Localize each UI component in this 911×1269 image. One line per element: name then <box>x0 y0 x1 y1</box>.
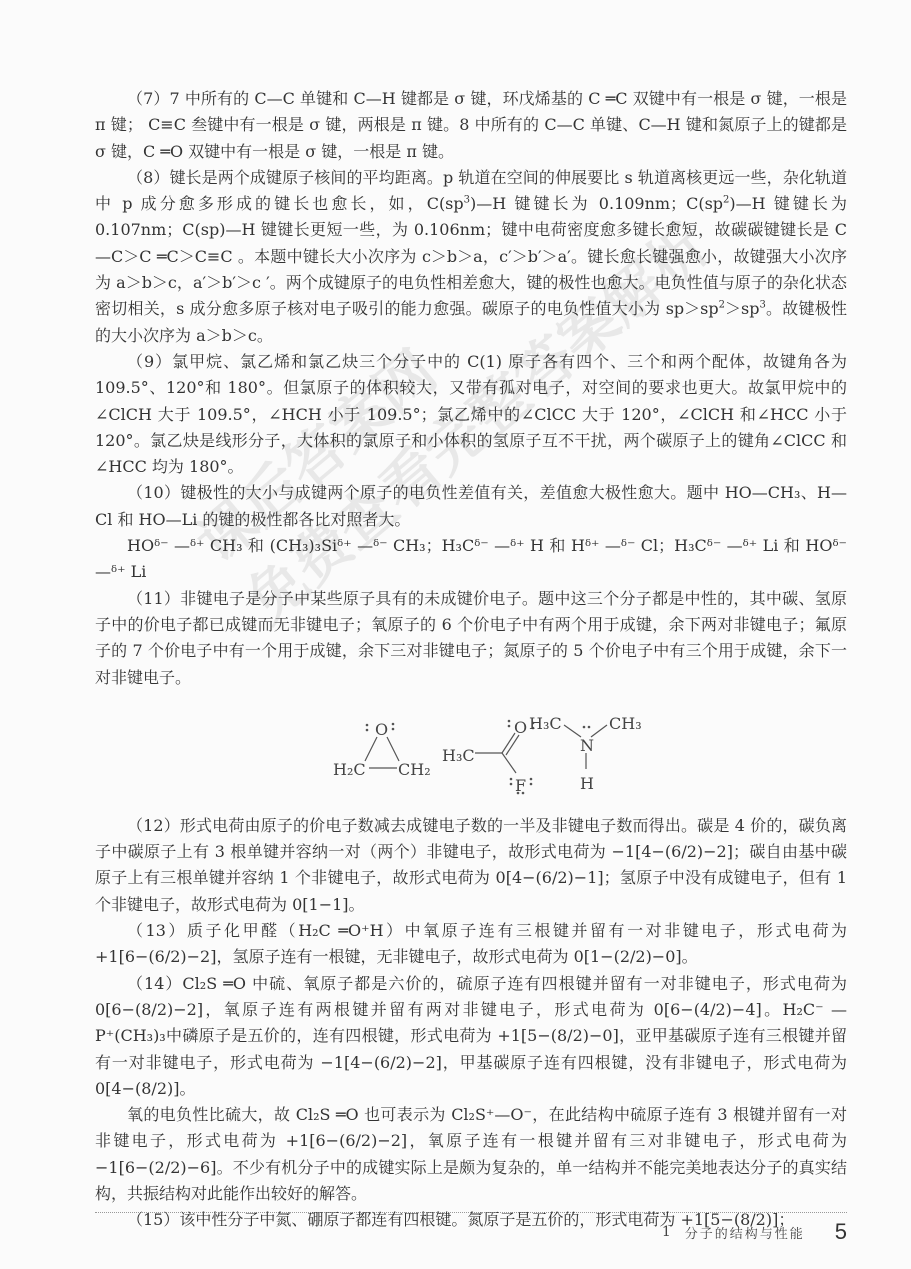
paragraph-14: （14）Cl₂S ═O 中硫、氧原子都是六价的，硫原子连有四根键并留有一对非键电… <box>95 971 847 1102</box>
epoxide-oxygen: O <box>375 717 388 743</box>
paragraph-12: （12）形式电荷由原子的价电子数减去成键电子数的一半及非键电子数而得出。碳是 4… <box>95 813 847 918</box>
paragraph-8: （8）键长是两个成键原子核间的平均距离。p 轨道在空间的伸展要比 s 轨道离核更… <box>95 165 847 349</box>
paragraph-8-part-d: ＞sp <box>725 299 759 318</box>
paragraph-11: （11）非键电子是分子中某些原子具有的未成键价电子。题中这三个分子都是中性的，其… <box>95 586 847 691</box>
paragraph-7: （7）7 中所有的 C—C 单键和 C—H 键都是 σ 键，环戊烯基的 C ═C… <box>95 86 847 165</box>
acyl-oxygen: O <box>514 715 527 741</box>
acyl-fluorine: F <box>515 773 526 799</box>
molecule-figure: O H₂C CH₂ H₃C O F H₃C CH₃ N H <box>95 691 847 813</box>
paragraph-14-resonance: 氧的电负性比硫大，故 Cl₂S ═O 也可表示为 Cl₂S⁺—O⁻，在此结构中硫… <box>95 1102 847 1207</box>
amine-left-methyl: H₃C <box>529 711 562 737</box>
paragraph-13: （13）质子化甲醛（H₂C ═O⁺H）中氧原子连有三根键并留有一对非键电子，形式… <box>95 918 847 971</box>
paragraph-9: （9）氯甲烷、氯乙烯和氯乙炔三个分子中的 C(1) 原子各有四个、三个和两个配体… <box>95 349 847 480</box>
page-body: （7）7 中所有的 C—C 单键和 C—H 键都是 σ 键，环戊烯基的 C ═C… <box>95 86 847 1234</box>
paragraph-10: （10）键极性的大小与成键两个原子的电负性差值有关，差值愈大极性愈大。题中 HO… <box>95 480 847 533</box>
amine-hydrogen: H <box>580 771 594 797</box>
paragraph-15: （15）该中性分子中氮、硼原子都连有四根键。氮原子是五价的，形式电荷为 +1[5… <box>95 1207 847 1233</box>
acyl-methyl: H₃C <box>442 743 475 769</box>
epoxide-right-ch2: CH₂ <box>398 757 431 783</box>
paragraph-10-formula: HOᵟ⁻ —ᵟ⁺ CH₃ 和 (CH₃)₃Siᵟ⁺ —ᵟ⁻ CH₃；H₃Cᵟ⁻ … <box>95 533 847 586</box>
epoxide-left-ch2: H₂C <box>333 757 366 783</box>
amine-nitrogen: N <box>580 733 594 759</box>
amine-right-methyl: CH₃ <box>609 711 642 737</box>
paragraph-8-part-b: )—H 键键长为 0.109nm；C(sp <box>470 194 723 213</box>
